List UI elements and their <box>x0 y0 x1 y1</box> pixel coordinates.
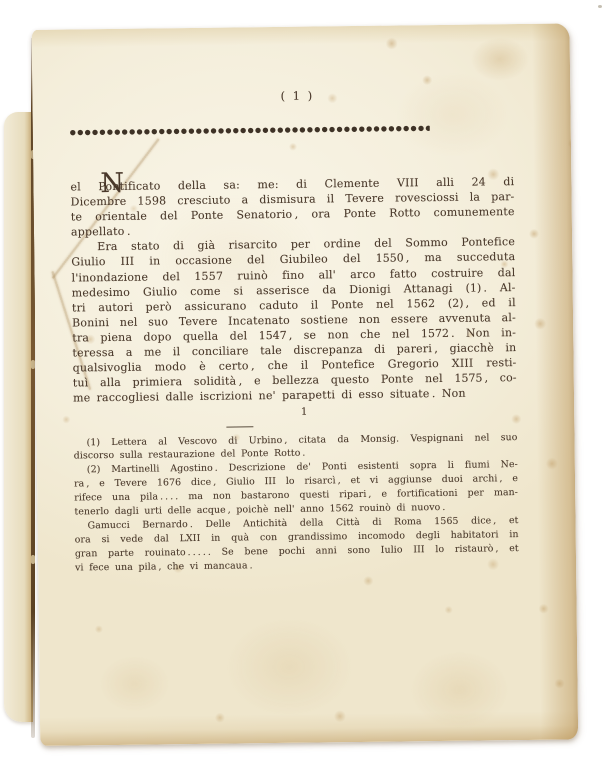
book-page: ( 1 ) ●●●●●●●●●●●●●●●●●●●●●●●●●●●●●●●●●●… <box>32 23 579 746</box>
stitch-thread <box>31 555 35 564</box>
footnotes: (1)LetteraalVescovodiUrbino ,citatadaMon… <box>73 431 519 575</box>
book-photo: ( 1 ) ●●●●●●●●●●●●●●●●●●●●●●●●●●●●●●●●●●… <box>0 0 608 768</box>
background-speck <box>598 5 602 8</box>
footnote-paragraph: (2)MartinelliAgostino .Descrizionede'Pon… <box>74 458 519 519</box>
footnote-separator <box>226 426 253 427</box>
ornament-row: ●●●●●●●●●●●●●●●●●●●●●●●●●●●●●●●●●●●●●●●●… <box>70 124 430 136</box>
signature-mark: 1 <box>73 402 517 423</box>
paragraph: N elPontificatodellasa:me:diClementeVIII… <box>70 174 515 240</box>
paragraph: ErastatodigiàrisarcitoperordinedelSommoP… <box>71 234 517 405</box>
drop-cap: N <box>100 170 124 197</box>
main-text: N elPontificatodellasa:me:diClementeVIII… <box>70 174 517 423</box>
stitch-thread <box>31 360 35 369</box>
text-block: ( 1 ) ●●●●●●●●●●●●●●●●●●●●●●●●●●●●●●●●●●… <box>69 86 519 575</box>
previous-page-edge <box>4 112 33 722</box>
folio-number: ( 1 ) <box>69 86 513 105</box>
footnote-paragraph: GamucciBernardo .DelleAntichitàdellaCitt… <box>75 514 520 575</box>
